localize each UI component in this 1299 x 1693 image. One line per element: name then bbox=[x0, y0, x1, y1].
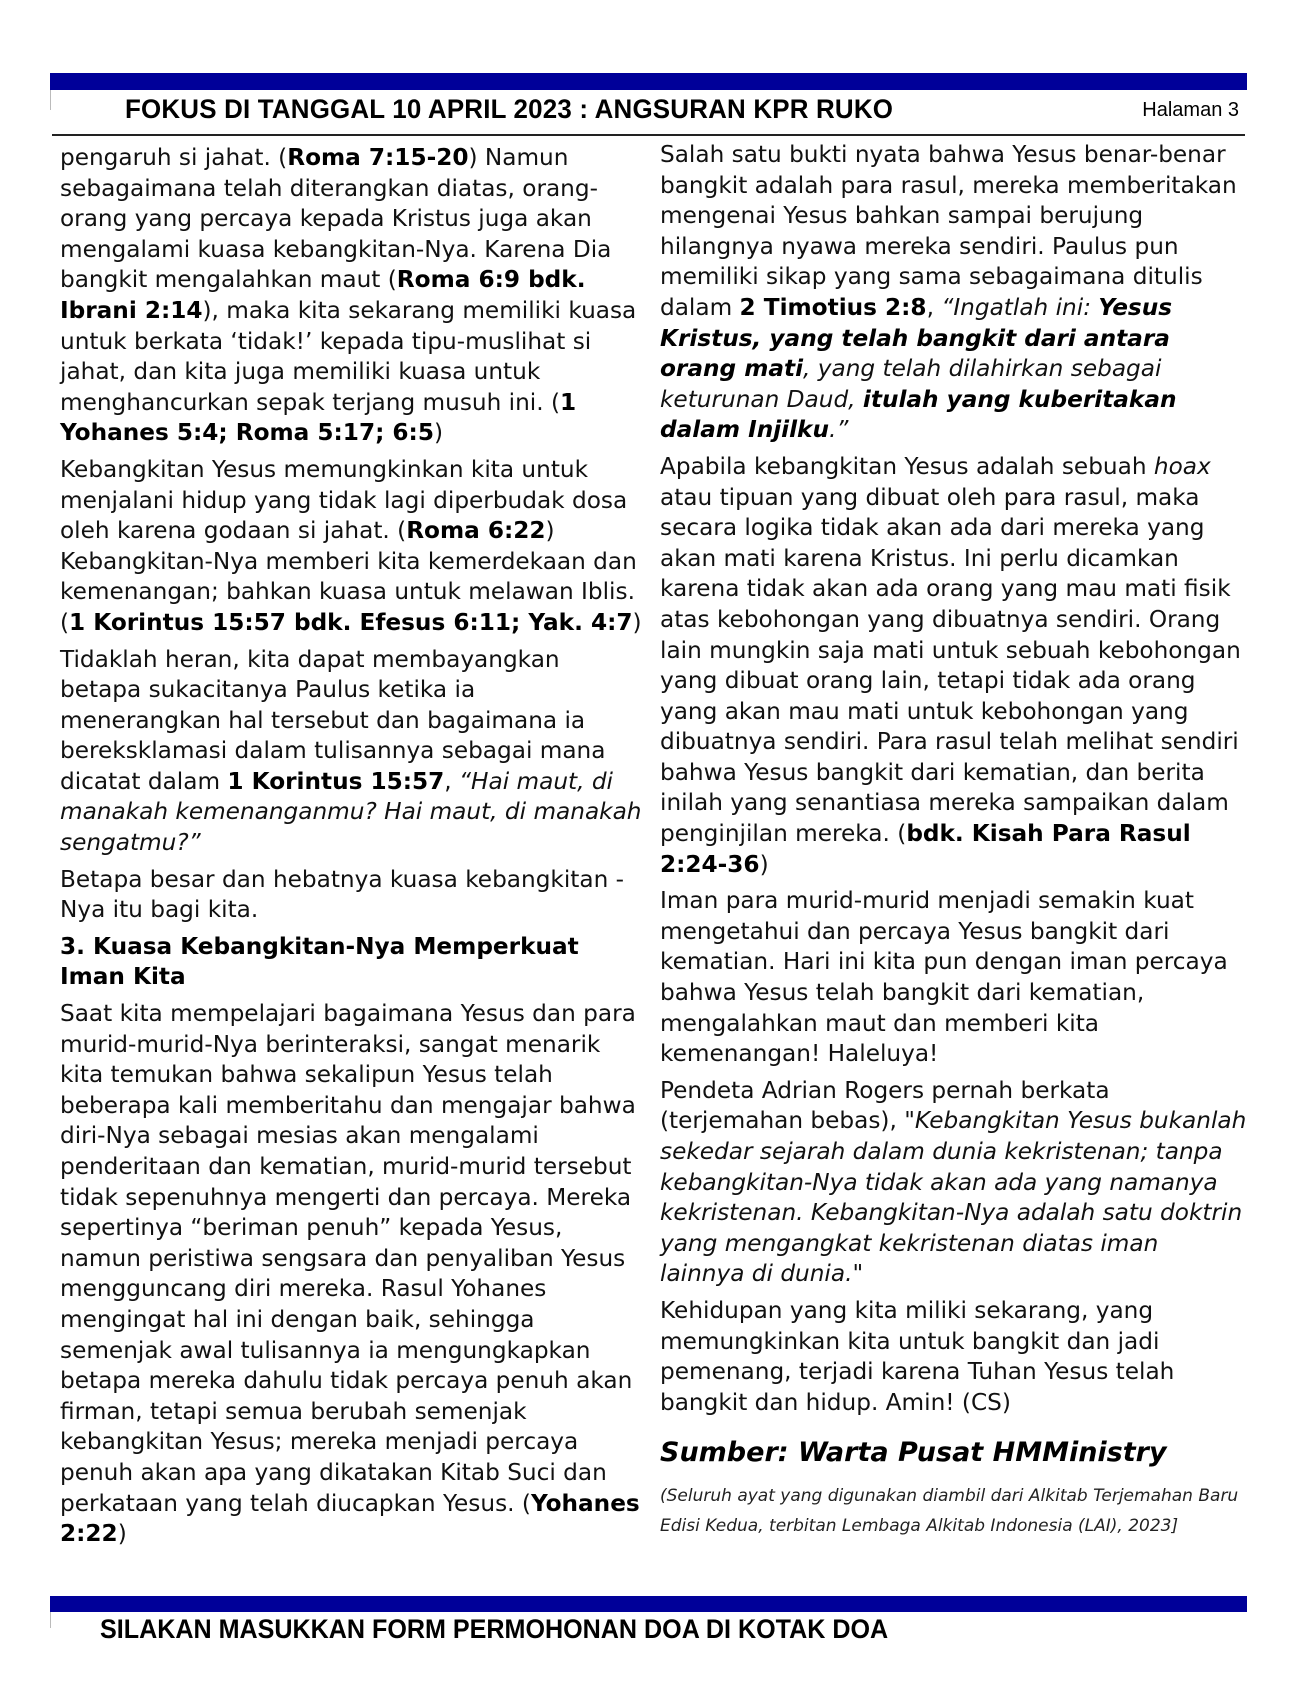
text: ) bbox=[633, 609, 642, 636]
page-header: FOKUS DI TANGGAL 10 APRIL 2023 : ANGSURA… bbox=[50, 92, 1247, 134]
paragraph: Saat kita mempelajari bagaimana Yesus da… bbox=[60, 999, 642, 1550]
paragraph: Salah satu bukti nyata bahwa Yesus benar… bbox=[660, 140, 1250, 446]
left-column: pengaruh si jahat. (Roma 7:15-20) Namun … bbox=[60, 143, 642, 1556]
text: pengaruh si jahat. ( bbox=[60, 144, 287, 171]
scripture-ref: Roma 7:15-20 bbox=[287, 144, 468, 171]
paragraph: Betapa besar dan hebatnya kuasa kebangki… bbox=[60, 865, 642, 926]
paragraph: Tidaklah heran, kita dapat membayangkan … bbox=[60, 645, 642, 859]
scripture-ref: 1 Korintus 15:57 bdk. Efesus 6:11; Yak. … bbox=[69, 609, 632, 636]
text: Apabila kebangkitan Yesus adalah sebuah bbox=[660, 453, 1154, 480]
scripture-ref: Roma 6:22 bbox=[406, 517, 545, 544]
paragraph: Pendeta Adrian Rogers pernah berkata (te… bbox=[660, 1076, 1250, 1290]
text: ) bbox=[118, 1520, 127, 1547]
header-rule bbox=[52, 134, 1245, 136]
text: ) bbox=[760, 851, 769, 878]
bottom-bar-tick bbox=[50, 1612, 51, 1628]
text: ) bbox=[434, 419, 443, 446]
scripture-quote: .” bbox=[829, 416, 848, 443]
text: Saat kita mempelajari bagaimana Yesus da… bbox=[60, 1000, 636, 1517]
footer-notice: SILAKAN MASUKKAN FORM PERMOHONAN DOA DI … bbox=[100, 1614, 888, 1645]
paragraph: Kebangkitan Yesus memungkinkan kita untu… bbox=[60, 455, 642, 639]
scripture-ref: 1 Korintus 15:57 bbox=[227, 768, 444, 795]
right-column: Salah satu bukti nyata bahwa Yesus benar… bbox=[660, 140, 1250, 1547]
scripture-note: (Seluruh ayat yang digunakan diambil dar… bbox=[660, 1481, 1250, 1541]
text: , bbox=[444, 768, 459, 795]
paragraph: Apabila kebangkitan Yesus adalah sebuah … bbox=[660, 452, 1250, 880]
source-credit: Sumber: Warta Pusat HMMinistry bbox=[660, 1438, 1250, 1469]
text: , bbox=[927, 294, 942, 321]
page-number: Halaman 3 bbox=[1142, 99, 1239, 122]
text: atau tipuan yang dibuat oleh para rasul,… bbox=[660, 484, 1241, 848]
paragraph: Kehidupan yang kita miliki sekarang, yan… bbox=[660, 1296, 1250, 1418]
page-title: FOKUS DI TANGGAL 10 APRIL 2023 : ANGSURA… bbox=[125, 94, 893, 125]
paragraph: pengaruh si jahat. (Roma 7:15-20) Namun … bbox=[60, 143, 642, 449]
italic-word: hoax bbox=[1154, 453, 1211, 480]
bottom-blue-bar bbox=[50, 1596, 1247, 1612]
scripture-quote: “Ingatlah ini: bbox=[941, 294, 1098, 321]
section-heading: 3. Kuasa Kebangkitan-Nya Memperkuat Iman… bbox=[60, 932, 642, 993]
scripture-ref: 2 Timotius 2:8 bbox=[740, 294, 927, 321]
paragraph: Iman para murid-murid menjadi semakin ku… bbox=[660, 886, 1250, 1070]
top-blue-bar bbox=[50, 73, 1247, 90]
